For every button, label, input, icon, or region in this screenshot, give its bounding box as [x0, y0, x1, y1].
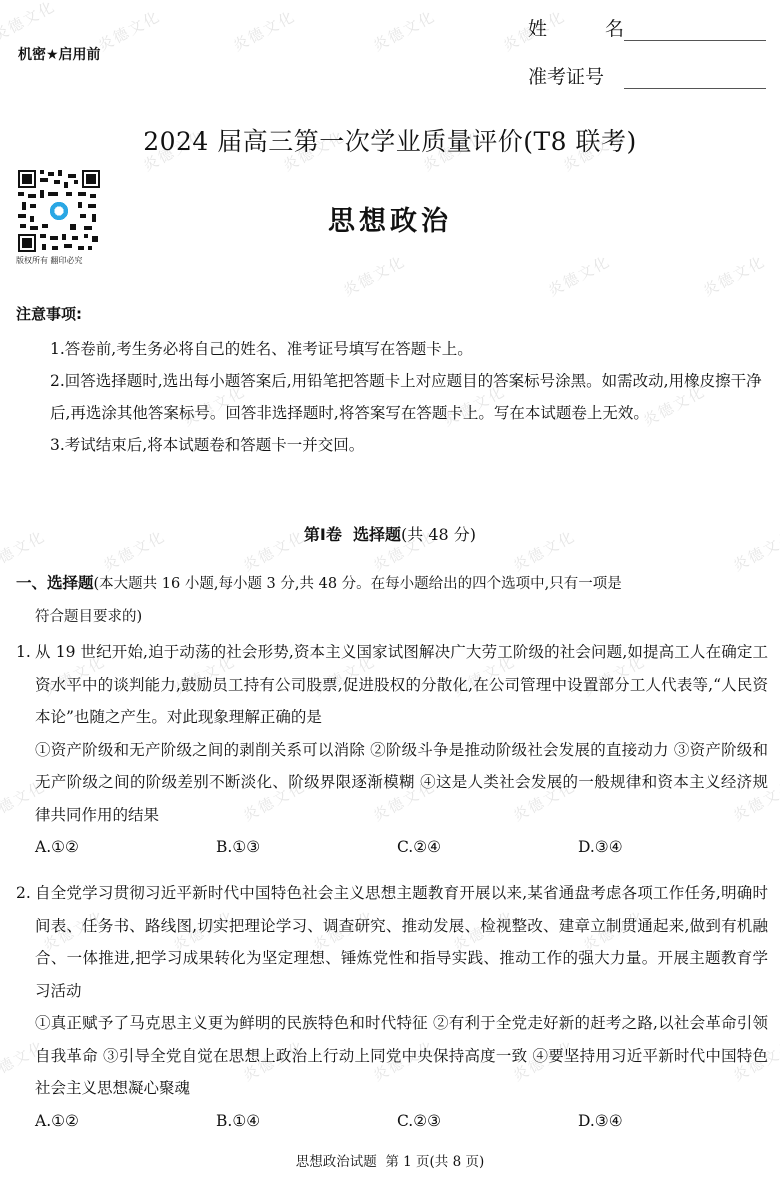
confidential-label: 机密★启用前 — [18, 44, 101, 64]
question-stem: 从 19 世纪开始,迫于动荡的社会形势,资本主义国家试图解决广大劳工阶级的社会问… — [35, 636, 768, 734]
question-number: 2. — [16, 877, 35, 1007]
notice-item: 2.回答选择题时,选出每小题答案后,用铅笔把答题卡上对应题目的答案标号涂黑。如需… — [16, 365, 766, 429]
notice-item: 1.答卷前,考生务必将自己的姓名、准考证号填写在答题卡上。 — [16, 333, 766, 365]
copyright-caption: 版权所有 翻印必究 — [16, 255, 83, 266]
section-title-points: (共 48 分) — [401, 525, 476, 544]
section-title: 第Ⅰ卷 选择题(共 48 分) — [0, 522, 780, 545]
question-1: 1. 从 19 世纪开始,迫于动荡的社会形势,资本主义国家试图解决广大劳工阶级的… — [16, 636, 768, 864]
watermark: 炎德文化 — [544, 250, 614, 300]
section-title-main: 第Ⅰ卷 选择题 — [304, 525, 401, 544]
option-b[interactable]: B.①④ — [216, 1105, 397, 1138]
exam-id-field: 准考证号 — [528, 62, 766, 89]
part-heading-bold: 一、选择题 — [16, 574, 94, 592]
question-statements: ①资产阶级和无产阶级之间的剥削关系可以消除 ②阶级斗争是推动阶级社会发展的直接动… — [16, 734, 768, 832]
watermark: 炎德文化 — [339, 250, 409, 300]
watermark: 炎德文化 — [229, 5, 299, 55]
notice-list: 1.答卷前,考生务必将自己的姓名、准考证号填写在答题卡上。 2.回答选择题时,选… — [16, 333, 766, 461]
question-2: 2. 自全党学习贯彻习近平新时代中国特色社会主义思想主题教育开展以来,某省通盘考… — [16, 877, 768, 1137]
exam-title: 2024 届高三第一次学业质量评价(T8 联考) — [0, 122, 780, 158]
page-footer: 思想政治试题 第 1 页(共 8 页) — [0, 1150, 780, 1170]
watermark: 炎德文化 — [699, 250, 769, 300]
part-heading-cont: 符合题目要求的) — [16, 601, 768, 634]
name-blank[interactable] — [624, 20, 766, 41]
name-label: 姓 名 — [528, 14, 624, 41]
name-field: 姓 名 — [528, 14, 766, 41]
watermark: 炎德文化 — [94, 5, 164, 55]
subject-title: 思想政治 — [0, 199, 780, 238]
name-label-char1: 姓 — [528, 14, 547, 41]
part-heading: 一、选择题(本大题共 16 小题,每小题 3 分,共 48 分。在每小题给出的四… — [16, 567, 768, 633]
question-options: A.①② B.①③ C.②④ D.③④ — [16, 831, 768, 864]
question-stem: 自全党学习贯彻习近平新时代中国特色社会主义思想主题教育开展以来,某省通盘考虑各项… — [35, 877, 768, 1007]
option-a[interactable]: A.①② — [35, 831, 216, 864]
question-statements: ①真正赋予了马克思主义更为鲜明的民族特色和时代特征 ②有利于全党走好新的赶考之路… — [16, 1007, 768, 1105]
exam-id-label: 准考证号 — [528, 62, 624, 89]
question-number: 1. — [16, 636, 35, 734]
option-a[interactable]: A.①② — [35, 1105, 216, 1138]
notice-item: 3.考试结束后,将本试题卷和答题卡一并交回。 — [16, 429, 766, 461]
option-b[interactable]: B.①③ — [216, 831, 397, 864]
watermark: 炎德文化 — [369, 5, 439, 55]
question-options: A.①② B.①④ C.②③ D.③④ — [16, 1105, 768, 1138]
option-d[interactable]: D.③④ — [578, 831, 759, 864]
exam-id-blank[interactable] — [624, 68, 766, 89]
part-heading-instructions: (本大题共 16 小题,每小题 3 分,共 48 分。在每小题给出的四个选项中,… — [94, 576, 622, 592]
option-c[interactable]: C.②③ — [397, 1105, 578, 1138]
watermark: 炎德文化 — [0, 0, 59, 46]
option-d[interactable]: D.③④ — [578, 1105, 759, 1138]
notice-heading: 注意事项: — [16, 303, 82, 324]
name-label-char2: 名 — [605, 14, 624, 41]
option-c[interactable]: C.②④ — [397, 831, 578, 864]
